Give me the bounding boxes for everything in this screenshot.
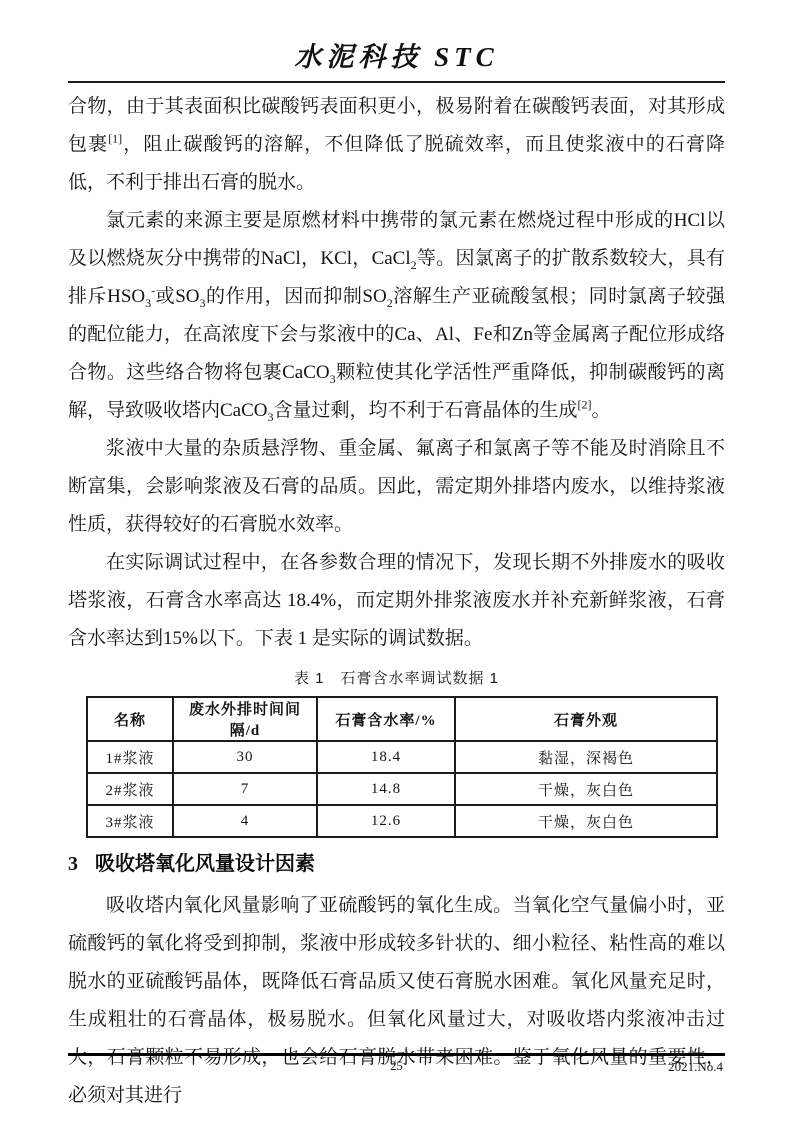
section-number: 3 bbox=[68, 853, 78, 875]
table-row: 3#浆液 4 12.6 干燥，灰白色 bbox=[87, 805, 717, 837]
table-header-name: 名称 bbox=[87, 697, 173, 741]
journal-title: 水泥科技 STC bbox=[68, 42, 725, 72]
paragraph-continuation: 合物，由于其表面积比碳酸钙表面积更小，极易附着在碳酸钙表面，对其形成包裹[1]，… bbox=[68, 88, 725, 202]
table-cell: 12.6 bbox=[317, 805, 455, 837]
section-heading: 3吸收塔氧化风量设计因素 bbox=[68, 849, 725, 879]
table-cell: 7 bbox=[173, 773, 317, 805]
section-title: 吸收塔氧化风量设计因素 bbox=[95, 853, 315, 875]
table-header-appearance: 石膏外观 bbox=[455, 697, 717, 741]
paragraph-chlorine-source: 氯元素的来源主要是原燃材料中携带的氯元素在燃烧过程中形成的HCl以及以燃烧灰分中… bbox=[68, 202, 725, 430]
paragraph-impurities: 浆液中大量的杂质悬浮物、重金属、氟离子和氯离子等不能及时消除且不断富集，会影响浆… bbox=[68, 430, 725, 544]
page-footer: 25 2021.No.4 bbox=[68, 1053, 725, 1074]
running-head: 水泥科技 STC bbox=[68, 0, 725, 83]
table-cell: 3#浆液 bbox=[87, 805, 173, 837]
journal-page: 水泥科技 STC 合物，由于其表面积比碳酸钙表面积更小，极易附着在碳酸钙表面，对… bbox=[0, 0, 793, 1122]
footer-text: 25 2021.No.4 bbox=[68, 1056, 725, 1074]
table-header-interval: 废水外排时间间隔/d bbox=[173, 697, 317, 741]
paragraph-debug-results: 在实际调试过程中，在各参数合理的情况下，发现长期不外排废水的吸收塔浆液，石膏含水… bbox=[68, 544, 725, 658]
table-caption: 表 1 石膏含水率调试数据 1 bbox=[68, 667, 725, 688]
issue-label: 2021.No.4 bbox=[668, 1059, 723, 1075]
table-header-moisture: 石膏含水率/% bbox=[317, 697, 455, 741]
table-cell: 黏湿，深褐色 bbox=[455, 741, 717, 773]
table-row: 2#浆液 7 14.8 干燥，灰白色 bbox=[87, 773, 717, 805]
table-cell: 4 bbox=[173, 805, 317, 837]
table-header-row: 名称 废水外排时间间隔/d 石膏含水率/% 石膏外观 bbox=[87, 697, 717, 741]
table-cell: 1#浆液 bbox=[87, 741, 173, 773]
page-content: 水泥科技 STC 合物，由于其表面积比碳酸钙表面积更小，极易附着在碳酸钙表面，对… bbox=[68, 0, 725, 1115]
table-cell: 干燥，灰白色 bbox=[455, 773, 717, 805]
page-number: 25 bbox=[390, 1059, 403, 1073]
paragraph-oxidation-air: 吸收塔内氧化风量影响了亚硫酸钙的氧化生成。当氧化空气量偏小时，亚硫酸钙的氧化将受… bbox=[68, 887, 725, 1115]
table-cell: 14.8 bbox=[317, 773, 455, 805]
table-row: 1#浆液 30 18.4 黏湿，深褐色 bbox=[87, 741, 717, 773]
moisture-data-table: 名称 废水外排时间间隔/d 石膏含水率/% 石膏外观 1#浆液 30 18.4 … bbox=[86, 696, 718, 838]
table-cell: 干燥，灰白色 bbox=[455, 805, 717, 837]
table-cell: 2#浆液 bbox=[87, 773, 173, 805]
table-cell: 18.4 bbox=[317, 741, 455, 773]
article-body: 合物，由于其表面积比碳酸钙表面积更小，极易附着在碳酸钙表面，对其形成包裹[1]，… bbox=[68, 88, 725, 658]
table-cell: 30 bbox=[173, 741, 317, 773]
